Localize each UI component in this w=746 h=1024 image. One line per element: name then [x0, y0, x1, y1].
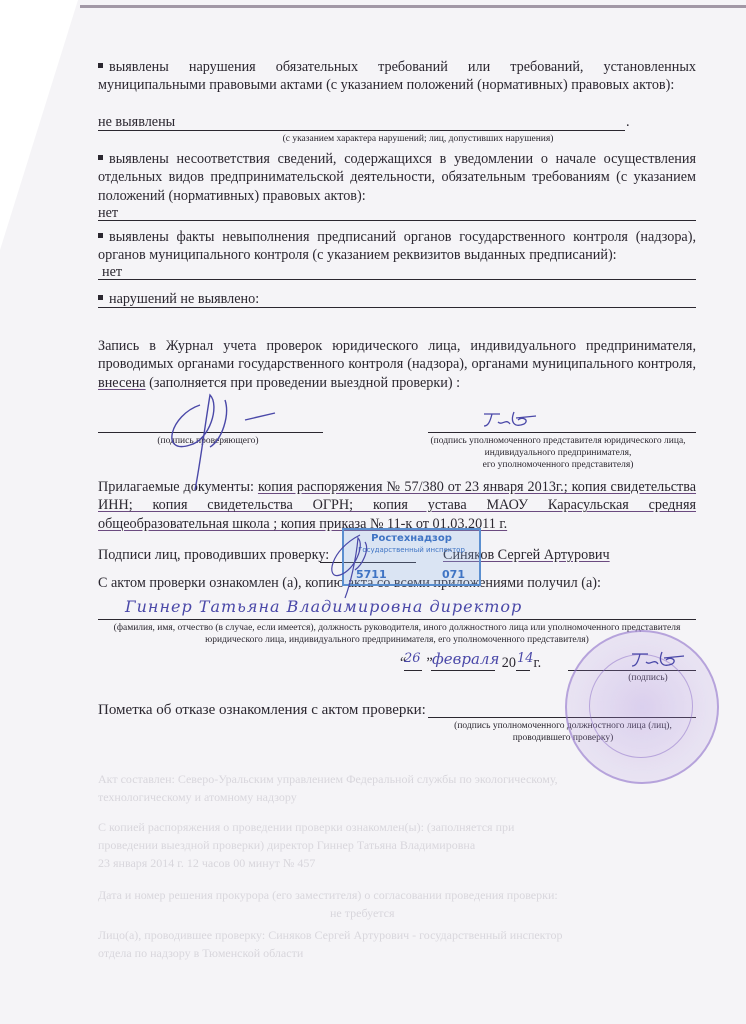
representative-signature-caption: (подпись уполномоченного представителя ю… — [408, 435, 708, 471]
acknowledgement-signature — [628, 648, 688, 672]
date-month-underline — [431, 670, 495, 671]
notification-mismatch-underline — [98, 220, 696, 221]
acknowledgement-underline — [98, 619, 696, 620]
date-year-handwritten: 14 — [517, 651, 534, 666]
page-top-edge — [80, 5, 746, 8]
journal-entry-paragraph: Запись в Журнал учета проверок юридическ… — [98, 337, 696, 392]
bullet-icon — [98, 233, 103, 238]
date-year-underline — [516, 670, 530, 671]
journal-entry-status: внесена — [98, 375, 146, 391]
section-no-violations: нарушений не выявлено: — [98, 290, 696, 308]
violations-value-line: не выявлены . — [98, 113, 696, 131]
representative-signature-line — [428, 432, 696, 433]
representative-signature — [480, 408, 540, 432]
inspector-name: Синяков Сергей Артурович — [443, 546, 703, 564]
section-notification-mismatch: выявлены несоответствия сведений, содерж… — [98, 150, 696, 205]
violations-caption: (с указанием характера нарушений; лиц, д… — [218, 133, 618, 145]
inspector-signature — [150, 385, 290, 495]
date-day-handwritten: 26 — [404, 651, 421, 666]
unfulfilled-orders-underline — [98, 279, 696, 280]
inspector-signature-over-stamp — [320, 530, 390, 600]
date-month-handwritten: февраля — [432, 650, 499, 668]
date-day-underline — [404, 670, 422, 671]
section-unfulfilled-orders: выявлены факты невыполнения предписаний … — [98, 228, 696, 265]
bullet-icon — [98, 155, 103, 160]
acknowledgement-handwritten-name: Гиннер Татьяна Владимировна директор — [125, 597, 522, 616]
bullet-icon — [98, 295, 103, 300]
bullet-icon — [98, 63, 103, 68]
no-violations-underline — [98, 307, 696, 308]
violations-value-underline — [98, 130, 625, 131]
section-violations-requirements: выявлены нарушения обязательных требован… — [98, 58, 696, 95]
